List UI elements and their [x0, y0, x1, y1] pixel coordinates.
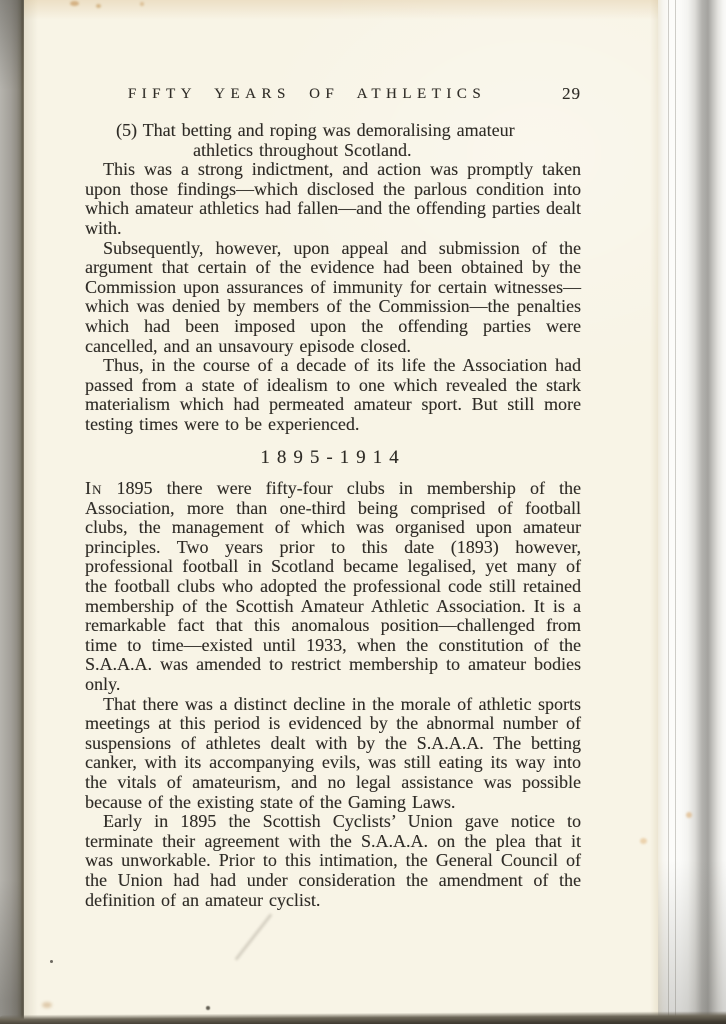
- finding-item-5-line2: athletics throughout Scotland.: [85, 141, 581, 161]
- section-heading-1895-1914: 1895-1914: [85, 448, 581, 468]
- paragraph-lead-smallcaps: In: [85, 478, 102, 498]
- finding-item-5-line1: (5) That betting and roping was demorali…: [85, 121, 581, 141]
- running-head: FIFTY YEARS OF ATHLETICS 29: [85, 86, 581, 110]
- body-paragraph-1: This was a strong indictment, and action…: [85, 160, 581, 238]
- paragraph-4-rest: 1895 there were fifty-four clubs in memb…: [85, 478, 581, 694]
- book-page-scan: FIFTY YEARS OF ATHLETICS 29 (5) That bet…: [0, 0, 726, 1024]
- body-paragraph-6: Early in 1895 the Scottish Cyclists’ Uni…: [85, 812, 581, 910]
- body-paragraph-3: Thus, in the course of a decade of its l…: [85, 356, 581, 434]
- page-number: 29: [562, 84, 581, 104]
- body-paragraph-2: Subsequently, however, upon appeal and s…: [85, 239, 581, 357]
- running-title: FIFTY YEARS OF ATHLETICS: [85, 86, 581, 103]
- binding-shade: [0, 0, 24, 1024]
- body-paragraph-4: In 1895 there were fifty-four clubs in m…: [85, 479, 581, 695]
- body-text: (5) That betting and roping was demorali…: [85, 121, 581, 910]
- fore-edge-shadow: [658, 860, 726, 1024]
- body-paragraph-5: That there was a distinct decline in the…: [85, 695, 581, 813]
